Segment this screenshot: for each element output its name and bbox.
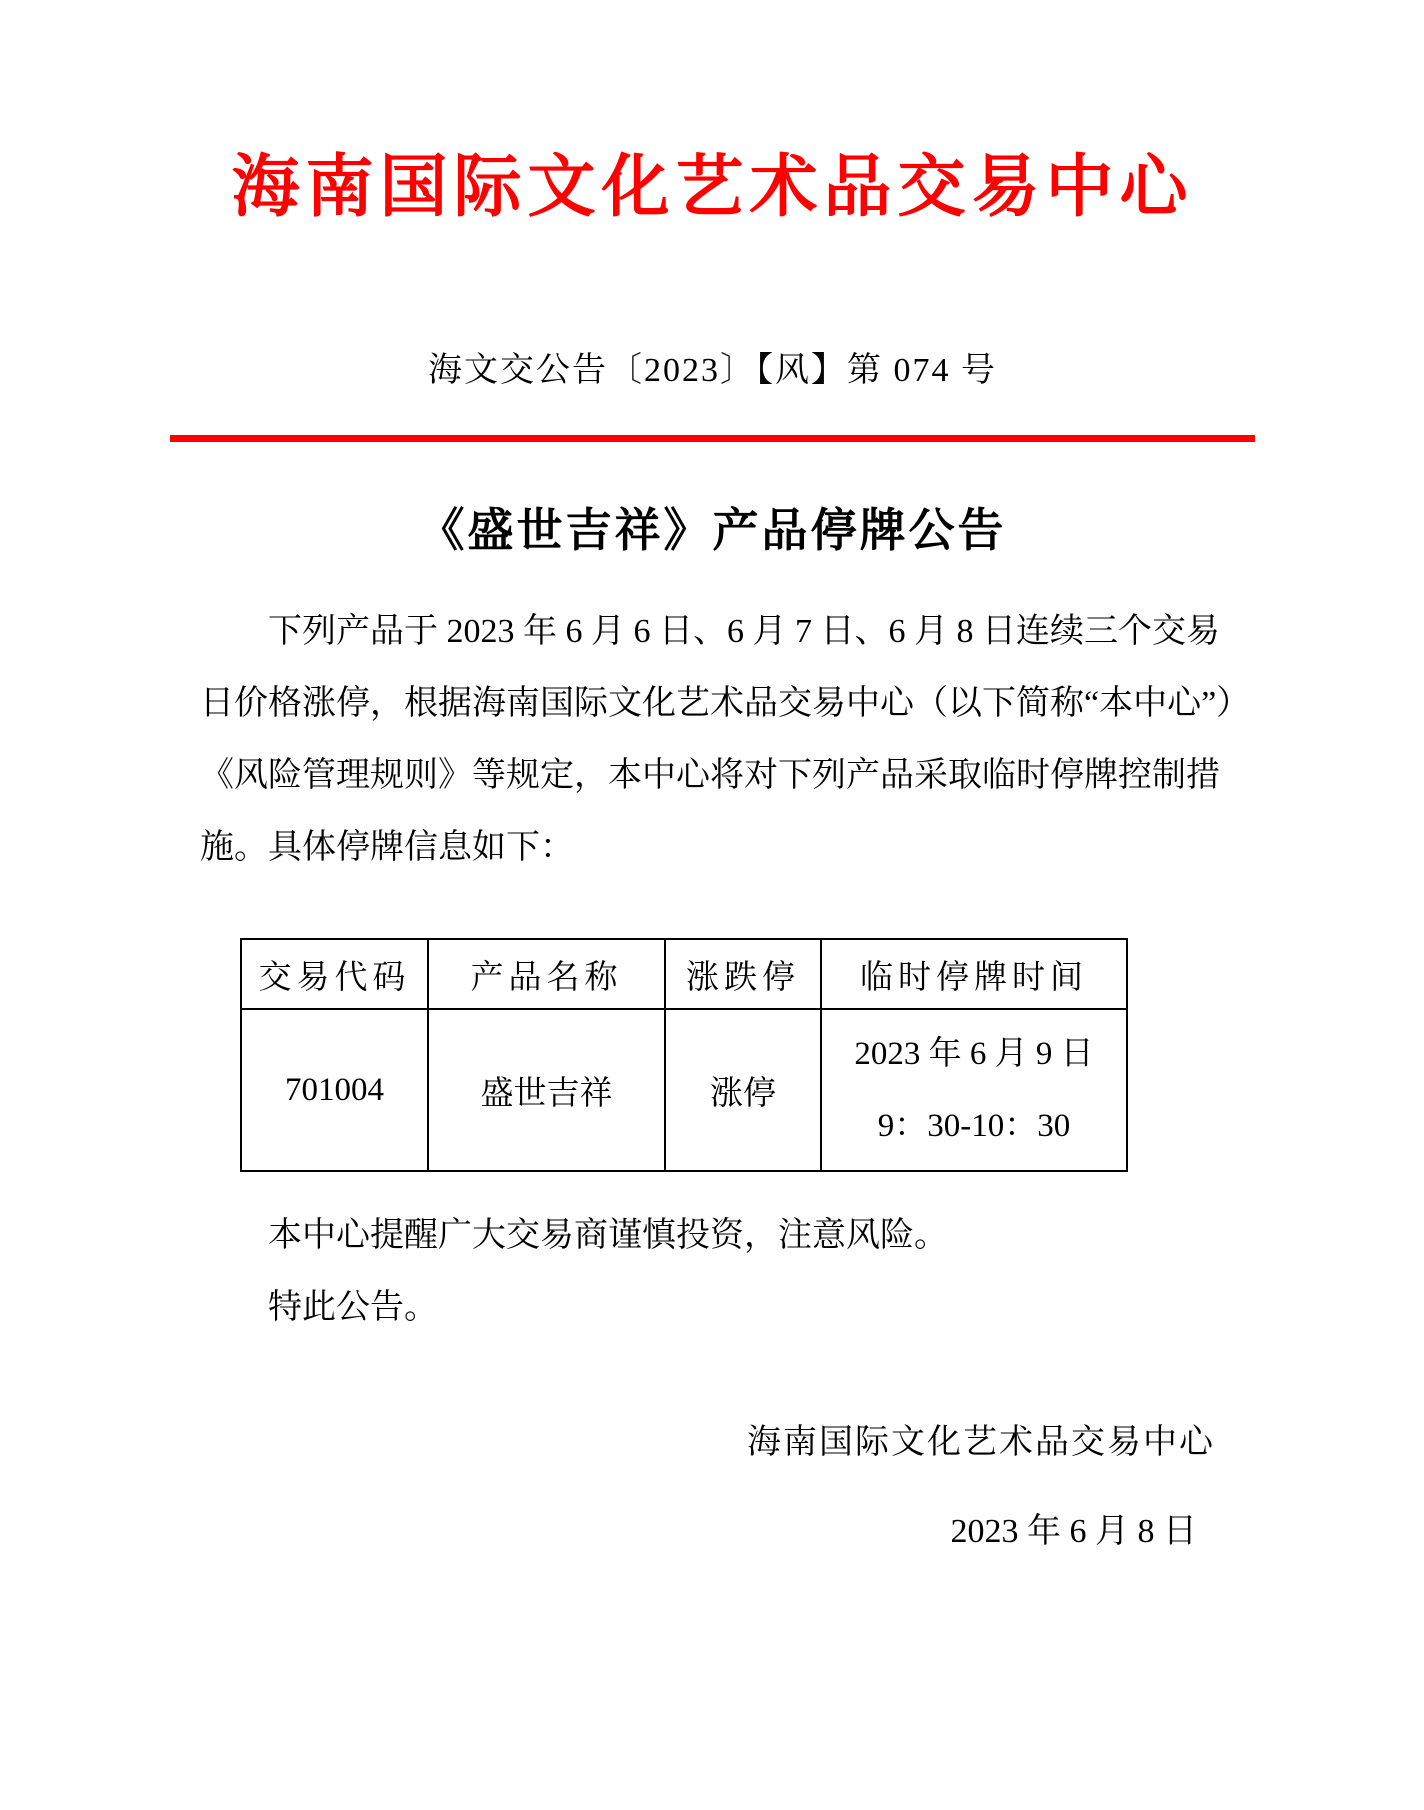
cell-suspension-time: 2023 年 6 月 9 日 9：30-10：30 <box>821 1009 1127 1171</box>
announcement-paragraph: 下列产品于 2023 年 6 月 6 日、6 月 7 日、6 月 8 日连续三个… <box>170 596 1255 884</box>
cell-trade-code: 701004 <box>241 1009 428 1171</box>
table-row: 701004 盛世吉祥 涨停 2023 年 6 月 9 日 9：30-10：30 <box>241 1009 1127 1171</box>
cell-limit-type: 涨停 <box>665 1009 821 1171</box>
table-header-row: 交易代码 产品名称 涨跌停 临时停牌时间 <box>241 939 1127 1009</box>
announcement-document: 海南国际文化艺术品交易中心 海文交公告〔2023〕【风】第 074 号 《盛世吉… <box>0 0 1424 1810</box>
document-header: 海南国际文化艺术品交易中心 海文交公告〔2023〕【风】第 074 号 <box>170 148 1255 442</box>
suspension-info-table: 交易代码 产品名称 涨跌停 临时停牌时间 701004 盛世吉祥 涨停 2023… <box>240 938 1128 1172</box>
issue-date: 2023 年 6 月 8 日 <box>170 1503 1255 1552</box>
paragraph-line: 施。具体停牌信息如下： <box>200 812 1235 884</box>
header-divider-rule <box>170 435 1255 442</box>
document-footer: 海南国际文化艺术品交易中心 2023 年 6 月 8 日 <box>170 1414 1255 1552</box>
doc-number: 海文交公告〔2023〕【风】第 074 号 <box>170 342 1255 391</box>
header-product-name: 产品名称 <box>428 939 665 1009</box>
paragraph-line: 日价格涨停，根据海南国际文化艺术品交易中心（以下简称“本中心”） <box>200 668 1235 740</box>
paragraph-line: 下列产品于 2023 年 6 月 6 日、6 月 7 日、6 月 8 日连续三个… <box>200 596 1235 668</box>
suspension-date-line: 2023 年 6 月 9 日 <box>822 1018 1126 1090</box>
announcement-title: 《盛世吉祥》产品停牌公告 <box>170 494 1255 560</box>
issuer-signature: 海南国际文化艺术品交易中心 <box>170 1414 1255 1463</box>
header-suspension-time: 临时停牌时间 <box>821 939 1127 1009</box>
org-title: 海南国际文化艺术品交易中心 <box>170 148 1255 226</box>
risk-reminder-note: 本中心提醒广大交易商谨慎投资，注意风险。 <box>200 1200 1255 1272</box>
cell-product-name: 盛世吉祥 <box>428 1009 665 1171</box>
document-body: 《盛世吉祥》产品停牌公告 下列产品于 2023 年 6 月 6 日、6 月 7 … <box>170 494 1255 1344</box>
closing-notes: 本中心提醒广大交易商谨慎投资，注意风险。 特此公告。 <box>170 1200 1255 1344</box>
paragraph-line: 《风险管理规则》等规定，本中心将对下列产品采取临时停牌控制措 <box>200 740 1235 812</box>
hereby-announce-note: 特此公告。 <box>200 1272 1255 1344</box>
header-trade-code: 交易代码 <box>241 939 428 1009</box>
header-limit-type: 涨跌停 <box>665 939 821 1009</box>
suspension-hours-line: 9：30-10：30 <box>822 1090 1126 1162</box>
